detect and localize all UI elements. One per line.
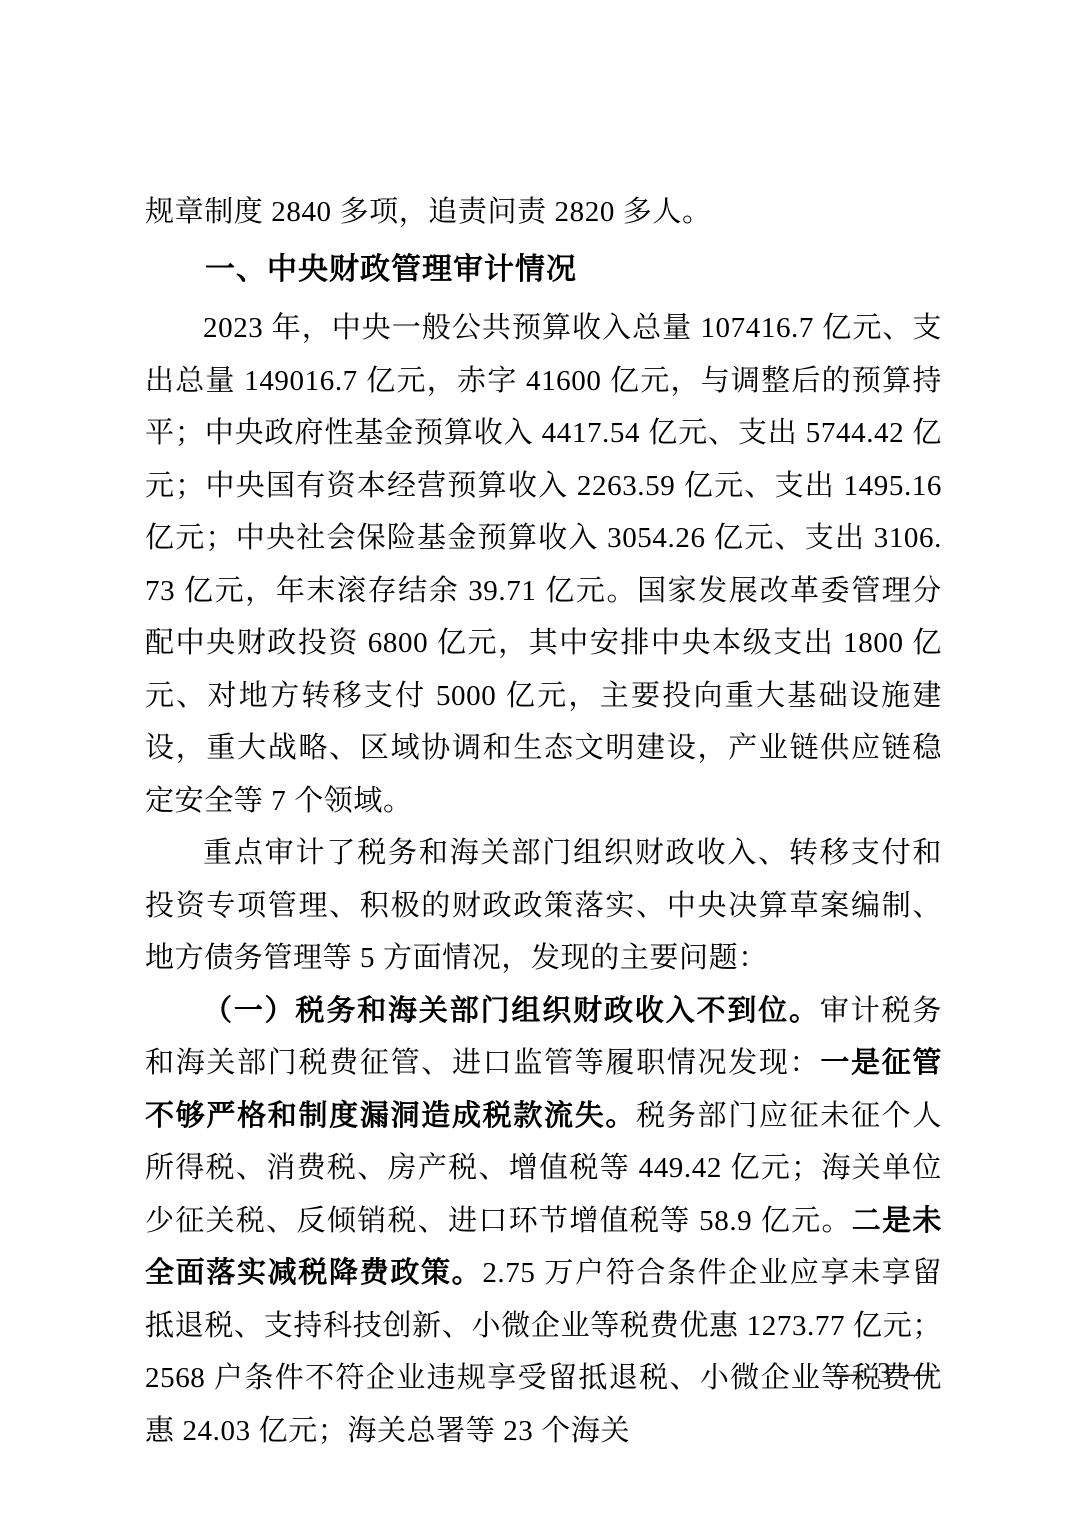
continuation-text: 规章制度 2840 多项，追责问责 2820 多人。: [145, 196, 712, 228]
section-heading: 一、中央财政管理审计情况: [145, 244, 942, 297]
text-block: 规章制度 2840 多项，追责问责 2820 多人。 一、中央财政管理审计情况 …: [145, 186, 942, 1457]
continuation-paragraph: 规章制度 2840 多项，追责问责 2820 多人。: [145, 186, 942, 239]
section-heading-text: 一、中央财政管理审计情况: [205, 253, 577, 286]
budget-paragraph: 2023 年，中央一般公共预算收入总量 107416.7 亿元、支出总量 149…: [145, 302, 942, 827]
document-page: 规章制度 2840 多项，追责问责 2820 多人。 一、中央财政管理审计情况 …: [0, 0, 1080, 1527]
issue-one-title: （一）税务和海关部门组织财政收入不到位。: [203, 995, 820, 1027]
audit-focus-paragraph: 重点审计了税务和海关部门组织财政收入、转移支付和投资专项管理、积极的财政政策落实…: [145, 827, 942, 985]
page-number: — 3 —: [834, 1358, 938, 1390]
page-number-text: — 3 —: [834, 1358, 938, 1389]
audit-focus-text: 重点审计了税务和海关部门组织财政收入、转移支付和投资专项管理、积极的财政政策落实…: [145, 837, 942, 974]
budget-paragraph-text: 2023 年，中央一般公共预算收入总量 107416.7 亿元、支出总量 149…: [145, 312, 942, 817]
issue-one-paragraph: （一）税务和海关部门组织财政收入不到位。审计税务和海关部门税费征管、进口监管等履…: [145, 985, 942, 1458]
